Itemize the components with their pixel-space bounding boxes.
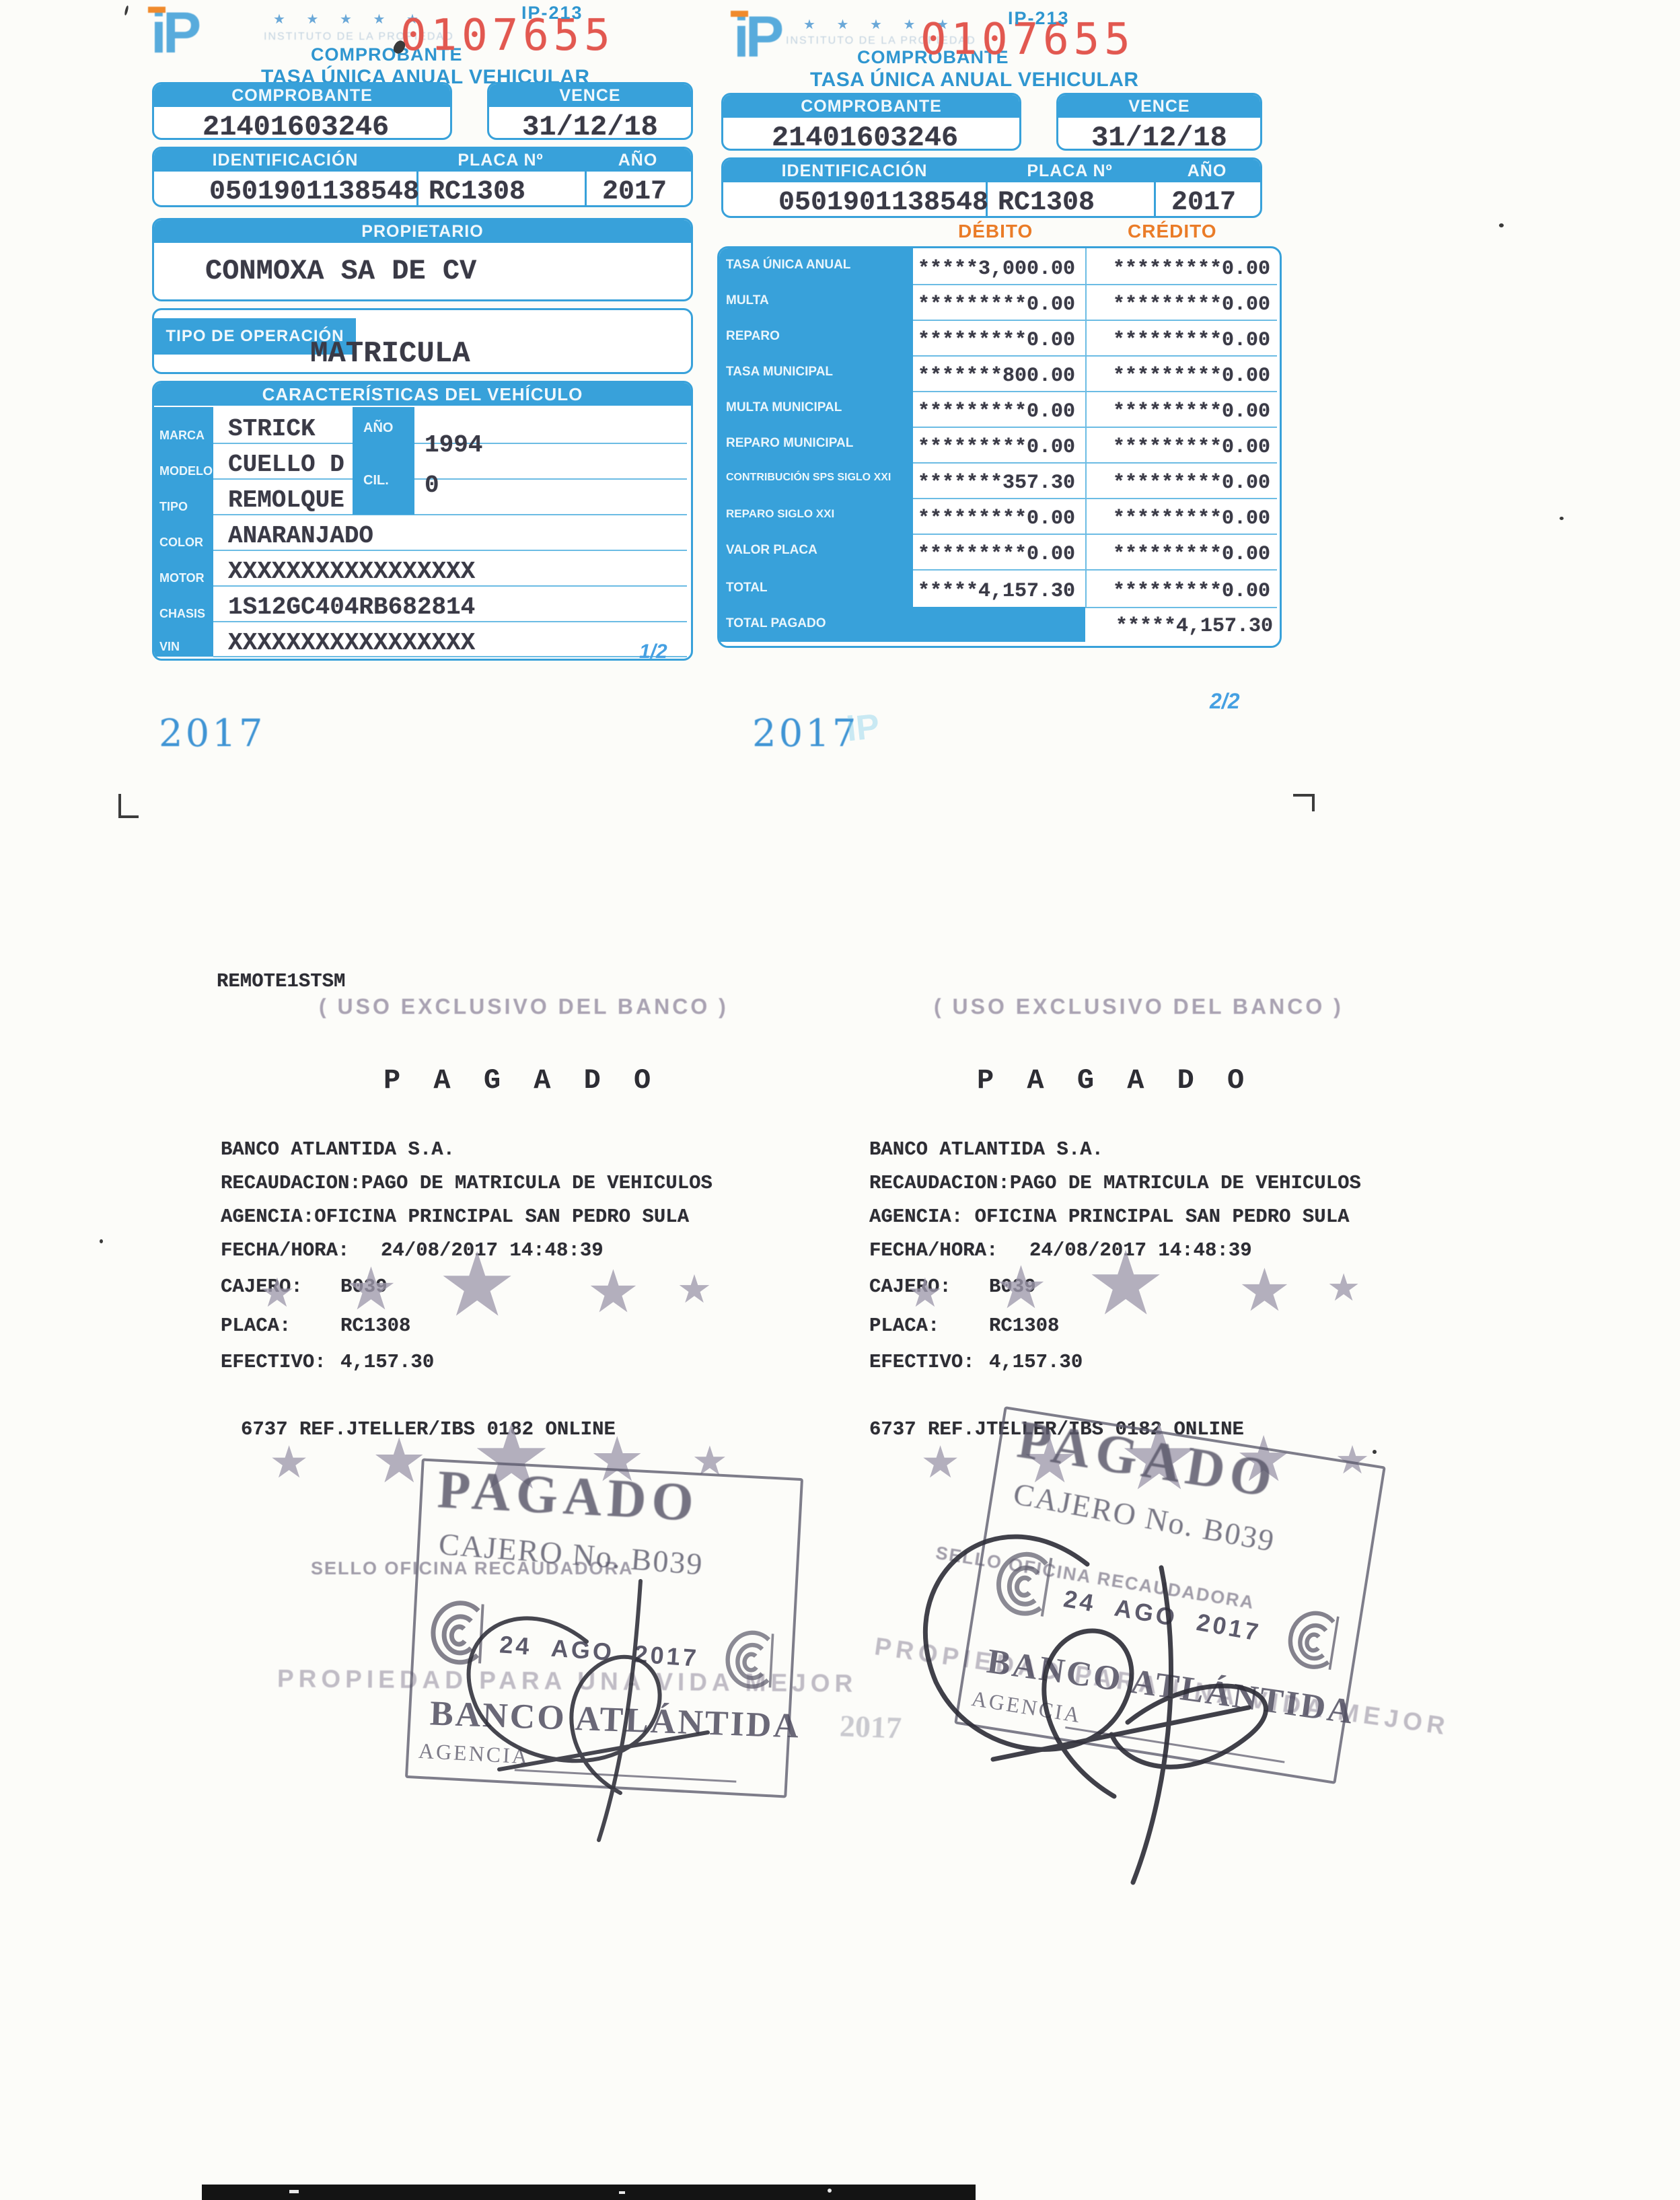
row: 1S12GC404RB682814 xyxy=(213,585,687,622)
charge-label: TASA MUNICIPAL xyxy=(726,365,833,379)
anio-cil-cell: AÑO CIL. xyxy=(353,407,414,515)
cil-value: 0 xyxy=(425,472,439,499)
star-icon: ★ xyxy=(371,1430,427,1492)
agencia-line: AGENCIA: OFICINA PRINCIPAL SAN PEDRO SUL… xyxy=(869,1206,1350,1228)
charge-label: VALOR PLACA xyxy=(726,543,817,558)
charge-row: *********0.00*********0.00 xyxy=(913,320,1277,357)
debito-value: *********0.00 xyxy=(918,293,1075,316)
terminal-id: REMOTE1STSM xyxy=(217,970,345,992)
charge-row: *******357.30*********0.00 xyxy=(913,462,1277,499)
debito-value: *********0.00 xyxy=(918,543,1075,566)
debito-value: *********0.00 xyxy=(918,400,1075,423)
agencia-line: AGENCIA:OFICINA PRINCIPAL SAN PEDRO SULA xyxy=(221,1206,689,1228)
placa-label: PLACA Nº xyxy=(986,159,1154,182)
ip-logo: iP xyxy=(151,4,197,62)
divider xyxy=(585,172,587,205)
charge-label: REPARO SIGLO XXI xyxy=(726,507,834,521)
charge-label: TASA ÚNICA ANUAL xyxy=(726,258,850,272)
scan-speck xyxy=(100,1239,103,1243)
uso-exclusivo-text: ( USO EXCLUSIVO DEL BANCO ) xyxy=(319,994,729,1019)
charge-row: *****3,000.00*********0.00 xyxy=(913,248,1277,285)
star-icon: ★ xyxy=(1327,1269,1360,1307)
ip-watermark: iP xyxy=(844,706,881,750)
comprobante-label: COMPROBANTE xyxy=(723,95,1019,118)
credito-value: *********0.00 xyxy=(1113,365,1270,388)
debito-value: *********0.00 xyxy=(918,507,1075,530)
charges-table: *****3,000.00*********0.00 *********0.00… xyxy=(717,246,1282,648)
ip-logo: iP xyxy=(733,8,780,66)
star-icon: ★ xyxy=(437,1241,517,1329)
total-pagado-label: TOTAL PAGADO xyxy=(726,616,826,631)
identificacion-value: 0501901138548 xyxy=(209,177,419,207)
vence-value: 31/12/18 xyxy=(489,107,691,140)
band-speck xyxy=(289,2190,299,2193)
page-marker-back: 2/2 xyxy=(1210,689,1239,714)
placa-value: RC1308 xyxy=(429,177,525,207)
bank-name: BANCO ATLANTIDA S.A. xyxy=(869,1138,1103,1161)
identificacion-value: 0501901138548 xyxy=(778,188,988,218)
row: XXXXXXXXXXXXXXXXX xyxy=(213,621,687,657)
vence-box: VENCE 31/12/18 xyxy=(487,82,693,140)
credito-value: *********0.00 xyxy=(1113,472,1270,494)
column-divider xyxy=(1085,248,1087,607)
charge-label: MULTA MUNICIPAL xyxy=(726,400,842,415)
row: XXXXXXXXXXXXXXXXX xyxy=(213,550,687,587)
row: REMOLQUE xyxy=(213,478,687,515)
charge-label: REPARO MUNICIPAL xyxy=(726,436,853,451)
tipo-value: REMOLQUE xyxy=(228,486,344,514)
page-marker-front: 1/2 xyxy=(639,640,667,663)
credito-value: *********0.00 xyxy=(1113,329,1270,352)
comprobante-box: COMPROBANTE 21401603246 xyxy=(152,82,452,140)
charge-row: *********0.00*********0.00 xyxy=(913,534,1277,571)
row: ANARANJADO xyxy=(213,514,687,551)
charge-label: CONTRIBUCIÓN SPS SIGLO XXI xyxy=(726,472,891,484)
identificacion-box: IDENTIFICACIÓN PLACA Nº AÑO 050190113854… xyxy=(152,147,693,207)
receipt-back: iP ★ ★ ★ ★ ★ INSTITUTO DE LA PROPIEDAD C… xyxy=(710,4,1279,684)
anio-value: 2017 xyxy=(1171,188,1236,218)
propietario-value: CONMOXA SA DE CV xyxy=(205,255,476,287)
tipo-operacion-value: MATRICULA xyxy=(310,337,470,371)
placa-label: PLACA Nº xyxy=(416,149,585,172)
scanner-edge-band xyxy=(202,2185,976,2200)
star-icon: ★ xyxy=(259,1273,295,1313)
fecha-line: FECHA/HORA:24/08/2017 14:48:39 xyxy=(869,1239,1252,1261)
tipo-operacion-box: TIPO DE OPERACIÓN MATRICULA xyxy=(152,308,693,374)
identificacion-label: IDENTIFICACIÓN xyxy=(723,159,986,182)
pagado-text: P A G A D O xyxy=(977,1064,1252,1097)
chasis-value: 1S12GC404RB682814 xyxy=(228,593,475,621)
motor-label: MOTOR xyxy=(159,571,205,585)
logo-dash xyxy=(148,7,166,13)
charge-row: *********0.00*********0.00 xyxy=(913,391,1277,428)
recaudacion-line: RECAUDACION:PAGO DE MATRICULA DE VEHICUL… xyxy=(221,1172,713,1194)
debito-value: *********0.00 xyxy=(918,329,1075,352)
chasis-label: CHASIS xyxy=(159,607,205,621)
propietario-label: PROPIETARIO xyxy=(154,220,691,243)
debito-value: *********0.00 xyxy=(918,436,1075,459)
vence-label: VENCE xyxy=(1058,95,1260,118)
anio-veh-value: 1994 xyxy=(425,431,482,459)
star-icon: ★ xyxy=(1086,1239,1165,1328)
placa-label: PLACA: xyxy=(869,1315,989,1337)
placa-value: RC1308 xyxy=(998,188,1095,218)
charge-label: TOTAL xyxy=(726,581,768,595)
star-icon: ★ xyxy=(994,1258,1048,1317)
charge-row: *******800.00*********0.00 xyxy=(913,355,1277,392)
star-icon: ★ xyxy=(344,1259,398,1319)
color-label: COLOR xyxy=(159,536,203,550)
credito-value: *********0.00 xyxy=(1113,293,1270,316)
signature xyxy=(418,1561,782,1843)
year-watermark: 2017 xyxy=(159,712,266,756)
anio-label: AÑO xyxy=(1154,159,1260,182)
bank-name: BANCO ATLANTIDA S.A. xyxy=(221,1138,455,1161)
year-watermark: 2017 xyxy=(752,712,859,756)
credito-value: *********0.00 xyxy=(1113,400,1270,423)
logo-dash xyxy=(731,11,748,17)
efectivo-label: EFECTIVO: xyxy=(221,1351,340,1373)
credito-value: *********0.00 xyxy=(1113,507,1270,530)
credito-value: *********0.00 xyxy=(1113,436,1270,459)
comprobante-box: COMPROBANTE 21401603246 xyxy=(721,93,1021,151)
star-icon: ★ xyxy=(269,1440,309,1484)
scan-speck xyxy=(124,5,129,16)
identificacion-box: IDENTIFICACIÓN PLACA Nº AÑO 050190113854… xyxy=(721,157,1262,218)
credito-header: CRÉDITO xyxy=(1128,221,1217,242)
marca-label: MARCA xyxy=(159,429,205,443)
efectivo-label: EFECTIVO: xyxy=(869,1351,989,1373)
fecha-line: FECHA/HORA:24/08/2017 14:48:39 xyxy=(221,1239,604,1261)
efectivo-value: 4,157.30 xyxy=(340,1351,434,1373)
debito-value: *******800.00 xyxy=(918,365,1075,388)
debito-value: *******357.30 xyxy=(918,472,1075,494)
scan-speck xyxy=(1560,517,1564,520)
modelo-label: MODELO xyxy=(159,464,213,478)
efectivo-value: 4,157.30 xyxy=(989,1351,1083,1373)
crop-corner-left xyxy=(118,794,139,818)
debito-value: *****3,000.00 xyxy=(918,258,1075,281)
star-icon: ★ xyxy=(1238,1261,1291,1320)
charge-label: REPARO xyxy=(726,329,780,344)
star-icon: ★ xyxy=(907,1273,943,1313)
band-speck xyxy=(619,2191,625,2194)
motor-value: XXXXXXXXXXXXXXXXX xyxy=(228,558,475,585)
star-icon: ★ xyxy=(920,1440,960,1484)
debito-header: DÉBITO xyxy=(958,221,1033,242)
identificacion-label: IDENTIFICACIÓN xyxy=(154,149,416,172)
vin-value: XXXXXXXXXXXXXXXXX xyxy=(228,629,475,657)
star-icon: ★ xyxy=(587,1262,640,1321)
comprobante-value: 21401603246 xyxy=(154,107,450,140)
charge-row: *********0.00*********0.00 xyxy=(913,427,1277,464)
receipt-front: iP ★ ★ ★ ★ ★ INSTITUTO DE LA PROPIEDAD C… xyxy=(141,4,700,684)
charge-row: *********0.00*********0.00 xyxy=(913,284,1277,321)
form-code: IP-213 xyxy=(521,3,583,24)
charge-row: *********0.00*********0.00 xyxy=(913,498,1277,535)
scan-speck xyxy=(1373,1450,1377,1454)
divider xyxy=(1154,182,1156,216)
signature xyxy=(872,1500,1343,1891)
debito-value: *****4,157.30 xyxy=(918,580,1075,603)
form-title: TASA ÚNICA ANUAL VEHICULAR xyxy=(810,69,1139,91)
cil-label: CIL. xyxy=(363,473,389,488)
vence-box: VENCE 31/12/18 xyxy=(1056,93,1262,151)
color-value: ANARANJADO xyxy=(228,522,373,550)
tipo-label: TIPO xyxy=(159,500,188,514)
efectivo-line: EFECTIVO:4,157.30 xyxy=(869,1351,1083,1373)
anio-value: 2017 xyxy=(602,177,667,207)
recaudacion-line: RECAUDACION:PAGO DE MATRICULA DE VEHICUL… xyxy=(869,1172,1361,1194)
crop-corner-right xyxy=(1293,794,1315,811)
placa-label: PLACA: xyxy=(221,1315,340,1337)
efectivo-line: EFECTIVO:4,157.30 xyxy=(221,1351,434,1373)
comprobante-value: 21401603246 xyxy=(723,118,1019,151)
anio-veh-label: AÑO xyxy=(363,420,393,436)
caracteristicas-box: CARACTERÍSTICAS DEL VEHÍCULO STRICK CUEL… xyxy=(152,381,693,661)
form-code: IP-213 xyxy=(1008,8,1070,29)
propietario-box: PROPIETARIO CONMOXA SA DE CV xyxy=(152,218,693,301)
anio-label: AÑO xyxy=(585,149,691,172)
scan-speck xyxy=(1499,223,1504,227)
uso-exclusivo-text: ( USO EXCLUSIVO DEL BANCO ) xyxy=(934,994,1344,1019)
credito-value: *********0.00 xyxy=(1113,543,1270,566)
credito-value: *********0.00 xyxy=(1113,580,1270,603)
stamp-pagado-text: PAGADO xyxy=(436,1459,700,1534)
marca-value: STRICK xyxy=(228,415,316,443)
star-icon: ★ xyxy=(677,1270,712,1309)
band-speck xyxy=(828,2189,832,2193)
total-pagado-value: *****4,157.30 xyxy=(1116,615,1273,638)
charge-row: *****4,157.30*********0.00 xyxy=(913,569,1277,608)
vin-label: VIN xyxy=(159,640,180,654)
comprobante-label: COMPROBANTE xyxy=(154,84,450,107)
caracteristicas-label: CARACTERÍSTICAS DEL VEHÍCULO xyxy=(154,383,691,406)
pagado-text: P A G A D O xyxy=(384,1064,659,1097)
scanned-receipt-page: iP ★ ★ ★ ★ ★ INSTITUTO DE LA PROPIEDAD C… xyxy=(0,0,1680,2200)
credito-value: *********0.00 xyxy=(1113,258,1270,281)
vence-label: VENCE xyxy=(489,84,691,107)
charge-label: MULTA xyxy=(726,293,769,308)
vence-value: 31/12/18 xyxy=(1058,118,1260,151)
